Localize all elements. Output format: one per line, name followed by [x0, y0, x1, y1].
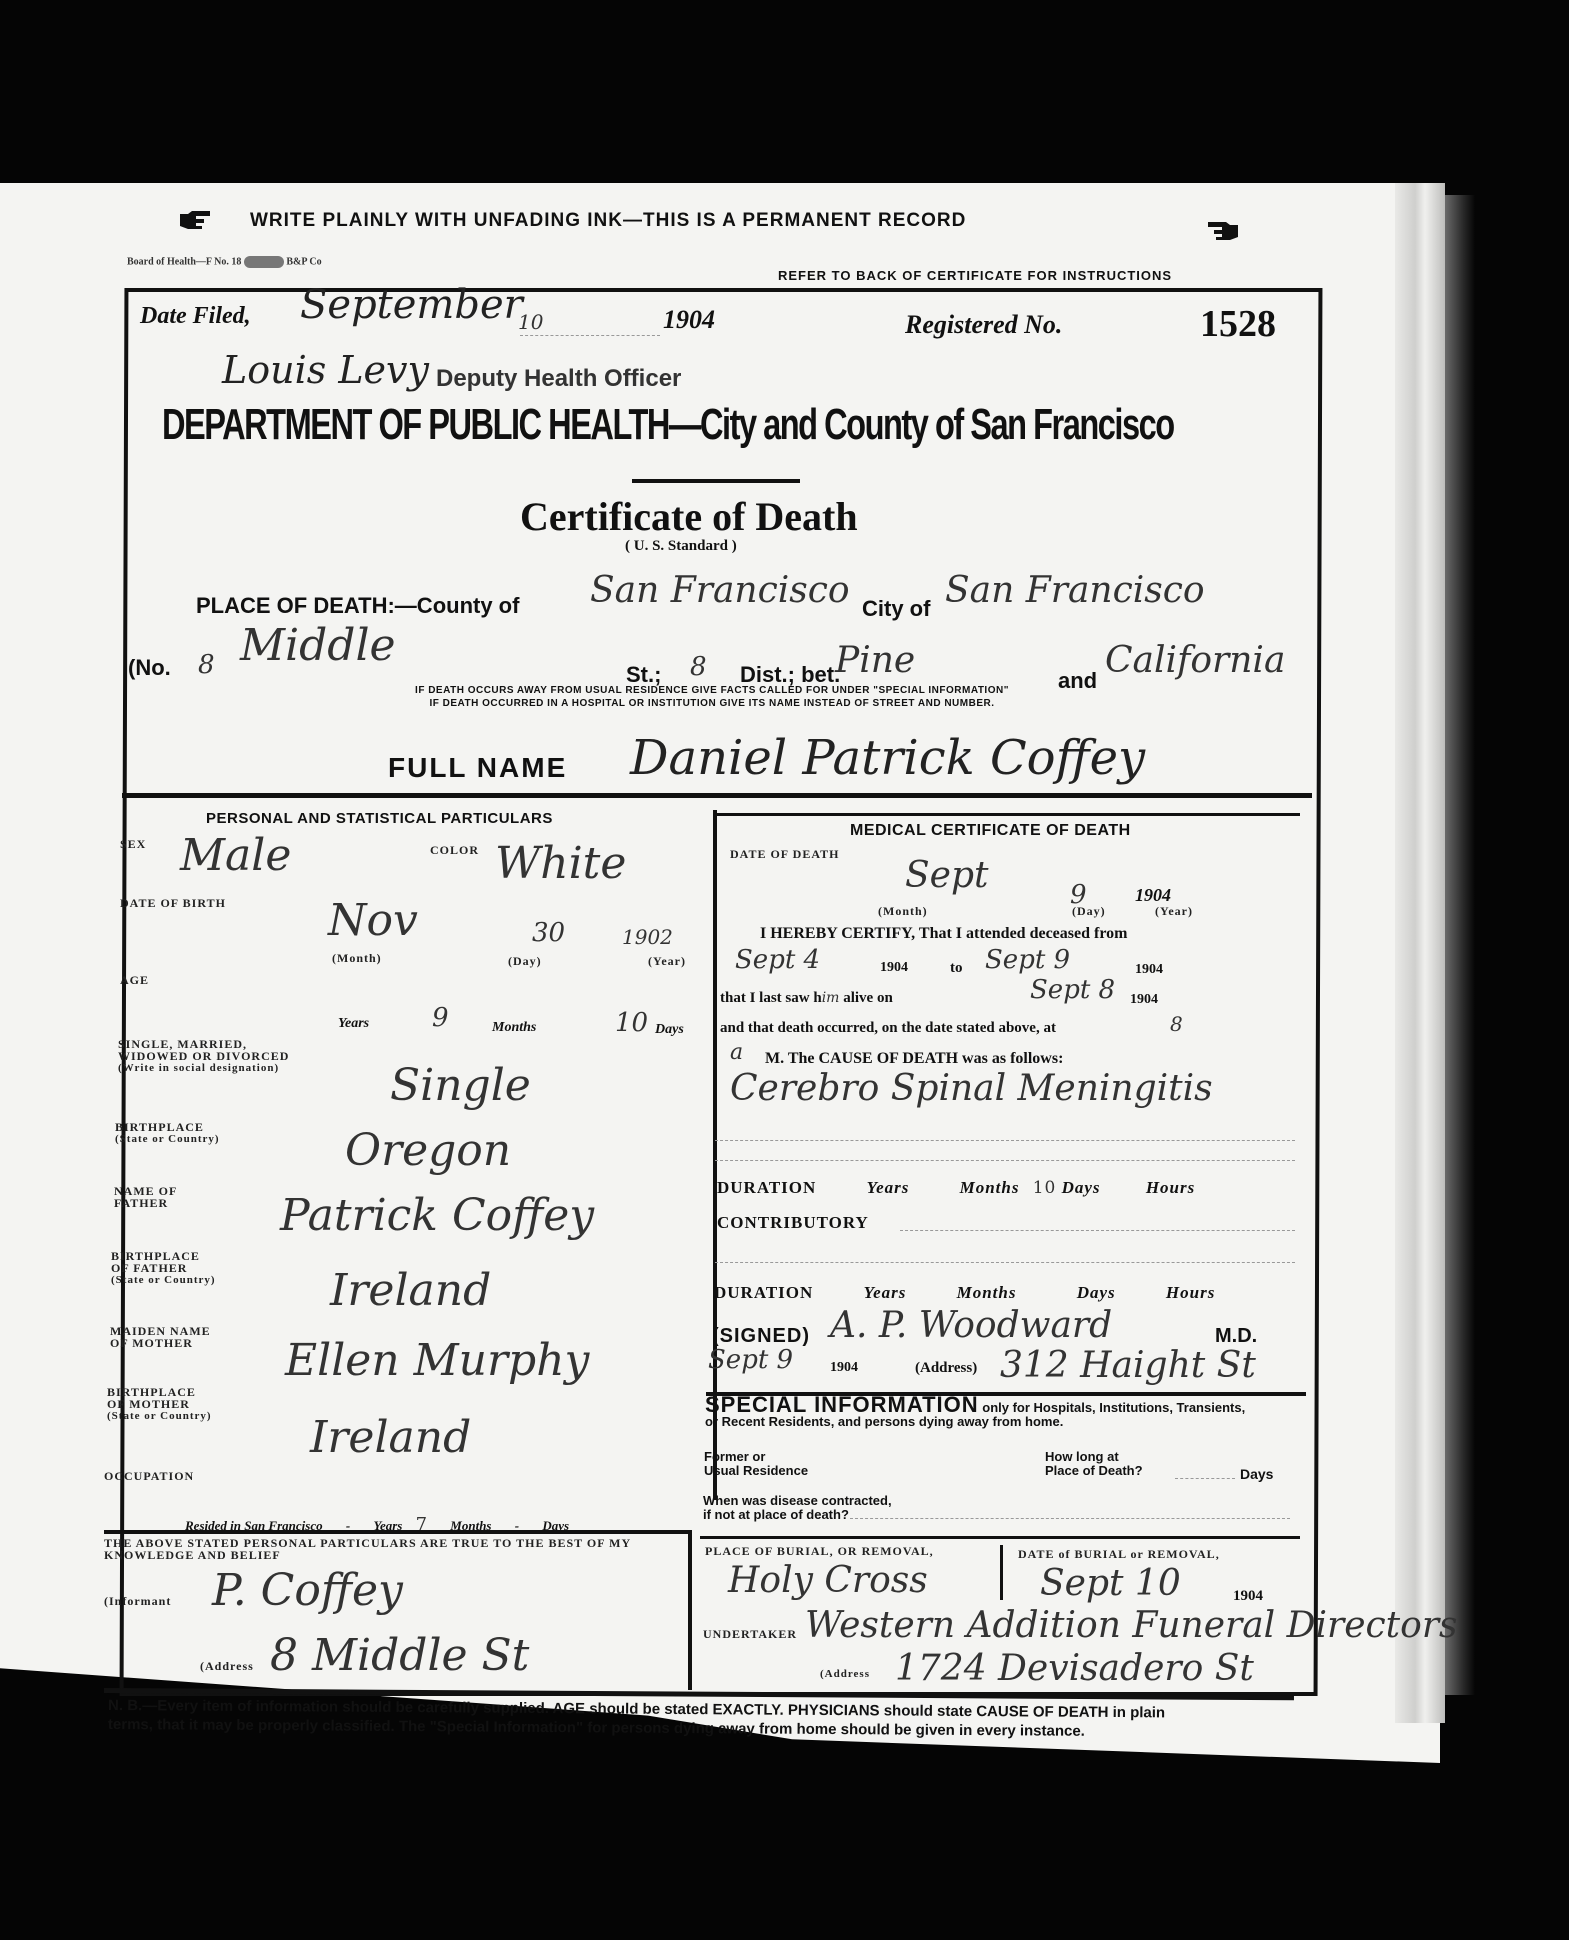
medical-heading: MEDICAL CERTIFICATE OF DEATH — [850, 822, 1131, 840]
instructions-note: REFER TO BACK OF CERTIFICATE FOR INSTRUC… — [778, 268, 1172, 283]
color-value: White — [495, 838, 626, 889]
days-label: Days — [1240, 1466, 1273, 1482]
father-name-label: NAME OF FATHER — [114, 1185, 177, 1209]
attended-to-year: 1904 — [1135, 962, 1163, 978]
father-birthplace-label: BIRTHPLACE OF FATHER (State or Country) — [111, 1250, 216, 1286]
attended-from-year: 1904 — [880, 960, 908, 976]
nb-footnote: N. B.—Every item of information should b… — [108, 1696, 1198, 1742]
how-long-label: How long at Place of Death? — [1045, 1450, 1143, 1478]
dob-year-caption: (Year) — [648, 955, 686, 967]
burial-year: 1904 — [1233, 1588, 1263, 1605]
city-value: San Francisco — [945, 570, 1205, 611]
street-number: 8 — [198, 650, 215, 680]
marital-label: SINGLE, MARRIED, WIDOWED OR DIVORCED (Wr… — [118, 1038, 289, 1074]
cause-statement: M. The CAUSE OF DEATH was as follows: — [765, 1050, 1063, 1068]
dod-month: Sept — [905, 855, 988, 896]
full-name-label: FULL NAME — [388, 752, 567, 784]
street-name: Middle — [240, 620, 396, 671]
dod-month-caption: (Month) — [878, 905, 928, 917]
mother-name-value: Ellen Murphy — [285, 1335, 589, 1386]
last-saw-year: 1904 — [1130, 992, 1158, 1008]
informant-label: (Informant — [104, 1595, 171, 1607]
age-months: 9 — [432, 1003, 449, 1033]
us-standard-label: ( U. S. Standard ) — [625, 538, 737, 555]
former-residence-label: Former or Usual Residence — [704, 1450, 808, 1478]
signed-year: 1904 — [830, 1360, 858, 1376]
last-saw-statement: that I last saw him alive on — [720, 990, 893, 1007]
death-time-statement: and that death occurred, on the date sta… — [720, 1020, 1056, 1037]
date-filed-year: 1904 — [663, 305, 715, 335]
father-birthplace-value: Ireland — [330, 1265, 491, 1316]
pointing-hand-right-icon — [180, 210, 210, 232]
duration-row: DURATION Years Months 10 Days Hours — [717, 1178, 1195, 1198]
age-years-label: Years — [338, 1016, 369, 1032]
personal-heading: PERSONAL AND STATISTICAL PARTICULARS — [206, 810, 553, 827]
dob-day: 30 — [532, 918, 565, 948]
book-spine-shadow — [1445, 195, 1475, 1695]
special-info-heading: SPECIAL INFORMATION only for Hospitals, … — [705, 1398, 1305, 1429]
between-street-2: California — [1105, 640, 1285, 681]
date-filed-label: Date Filed, — [140, 303, 251, 330]
dod-year: 1904 — [1135, 885, 1171, 906]
death-time-hour: 8 — [1170, 1012, 1183, 1036]
certify-statement: I HEREBY CERTIFY, That I attended deceas… — [760, 925, 1127, 943]
dod-label: DATE OF DEATH — [730, 848, 839, 860]
duration2-row: DURATION Years Months Days Hours — [714, 1283, 1215, 1303]
mother-birthplace-label: BIRTHPLACE OF MOTHER (State or Country) — [107, 1386, 212, 1422]
undertaker-address-label: (Address — [820, 1668, 870, 1680]
registered-no-label: Registered No. — [905, 310, 1062, 340]
dod-day-caption: (Day) — [1072, 905, 1106, 917]
contributory-label: CONTRIBUTORY — [717, 1213, 869, 1233]
marital-value: Single — [390, 1060, 531, 1111]
burial-date: Sept 10 — [1040, 1563, 1181, 1604]
undertaker-label: UNDERTAKER — [703, 1628, 797, 1640]
occupation-label: OCCUPATION — [104, 1470, 194, 1482]
dob-month: Nov — [328, 895, 418, 946]
street-no-label: (No. — [128, 655, 171, 681]
physician-address: 312 Haight St — [1000, 1345, 1256, 1386]
full-name-value: Daniel Patrick Coffey — [630, 730, 1145, 786]
age-days-label: Days — [655, 1022, 684, 1038]
city-label: City of — [862, 596, 930, 622]
department-heading: DEPARTMENT OF PUBLIC HEALTH—City and Cou… — [162, 400, 1174, 450]
burial-place-label: PLACE OF BURIAL, OR REMOVAL, — [705, 1545, 934, 1557]
age-months-label: Months — [492, 1020, 536, 1036]
between-street-1: Pine — [835, 640, 915, 681]
burial-place: Holy Cross — [728, 1560, 928, 1601]
signed-date: Sept 9 — [708, 1345, 793, 1375]
physician-address-label: (Address) — [915, 1360, 977, 1377]
undertaker-address: 1724 Devisadero St — [895, 1648, 1254, 1689]
ink-warning: WRITE PLAINLY WITH UNFADING INK—THIS IS … — [250, 210, 966, 232]
informant-statement: THE ABOVE STATED PERSONAL PARTICULARS AR… — [104, 1537, 684, 1561]
certificate-title: Certificate of Death — [520, 493, 858, 540]
dob-day-caption: (Day) — [508, 955, 542, 967]
place-of-death-label: PLACE OF DEATH:—County of — [196, 593, 519, 619]
county-value: San Francisco — [590, 570, 850, 611]
union-label-seal — [244, 256, 284, 268]
date-filed-day: 10 — [518, 310, 543, 334]
father-name-value: Patrick Coffey — [280, 1190, 594, 1241]
form-number: Board of Health—F No. 18 B&P Co — [127, 256, 322, 268]
birthplace-label: BIRTHPLACE (State or Country) — [115, 1121, 220, 1145]
registered-number: 1528 — [1200, 302, 1276, 346]
last-saw-date: Sept 8 — [1030, 975, 1115, 1005]
burial-date-label: DATE of BURIAL or REMOVAL, — [1018, 1548, 1220, 1560]
pointing-hand-left-icon — [1200, 221, 1238, 243]
color-label: COLOR — [430, 844, 479, 856]
date-filed-month: September — [300, 282, 523, 328]
informant-name: P. Coffey — [212, 1565, 403, 1616]
undertaker-name: Western Addition Funeral Directors — [805, 1605, 1458, 1646]
dod-year-caption: (Year) — [1155, 905, 1193, 917]
cause-of-death: Cerebro Spinal Meningitis — [730, 1068, 1213, 1109]
officer-title: Deputy Health Officer — [436, 365, 681, 393]
mother-birthplace-value: Ireland — [310, 1412, 471, 1463]
birthplace-value: Oregon — [345, 1125, 511, 1176]
age-label: AGE — [120, 974, 149, 986]
informant-address-label: (Address — [200, 1660, 254, 1672]
officer-signature: Louis Levy — [222, 348, 429, 392]
to-label: to — [950, 960, 963, 977]
age-days: 10 — [615, 1008, 648, 1038]
dob-month-caption: (Month) — [332, 952, 382, 964]
dob-label: DATE OF BIRTH — [120, 897, 226, 909]
sex-label: SEX — [120, 838, 146, 850]
physician-signature: A. P. Woodward — [830, 1305, 1112, 1346]
death-time-ampm: a — [730, 1040, 743, 1065]
informant-address: 8 Middle St — [270, 1630, 529, 1681]
district-number: 8 — [690, 652, 707, 682]
mother-name-label: MAIDEN NAME OF MOTHER — [110, 1325, 211, 1349]
page-binding-edge — [1395, 183, 1445, 1723]
dob-year: 1902 — [622, 925, 673, 949]
attended-from: Sept 4 — [735, 945, 820, 975]
attended-to: Sept 9 — [985, 945, 1070, 975]
place-of-death-note: IF DEATH OCCURS AWAY FROM USUAL RESIDENC… — [262, 684, 1162, 710]
sex-value: Male — [180, 830, 291, 881]
